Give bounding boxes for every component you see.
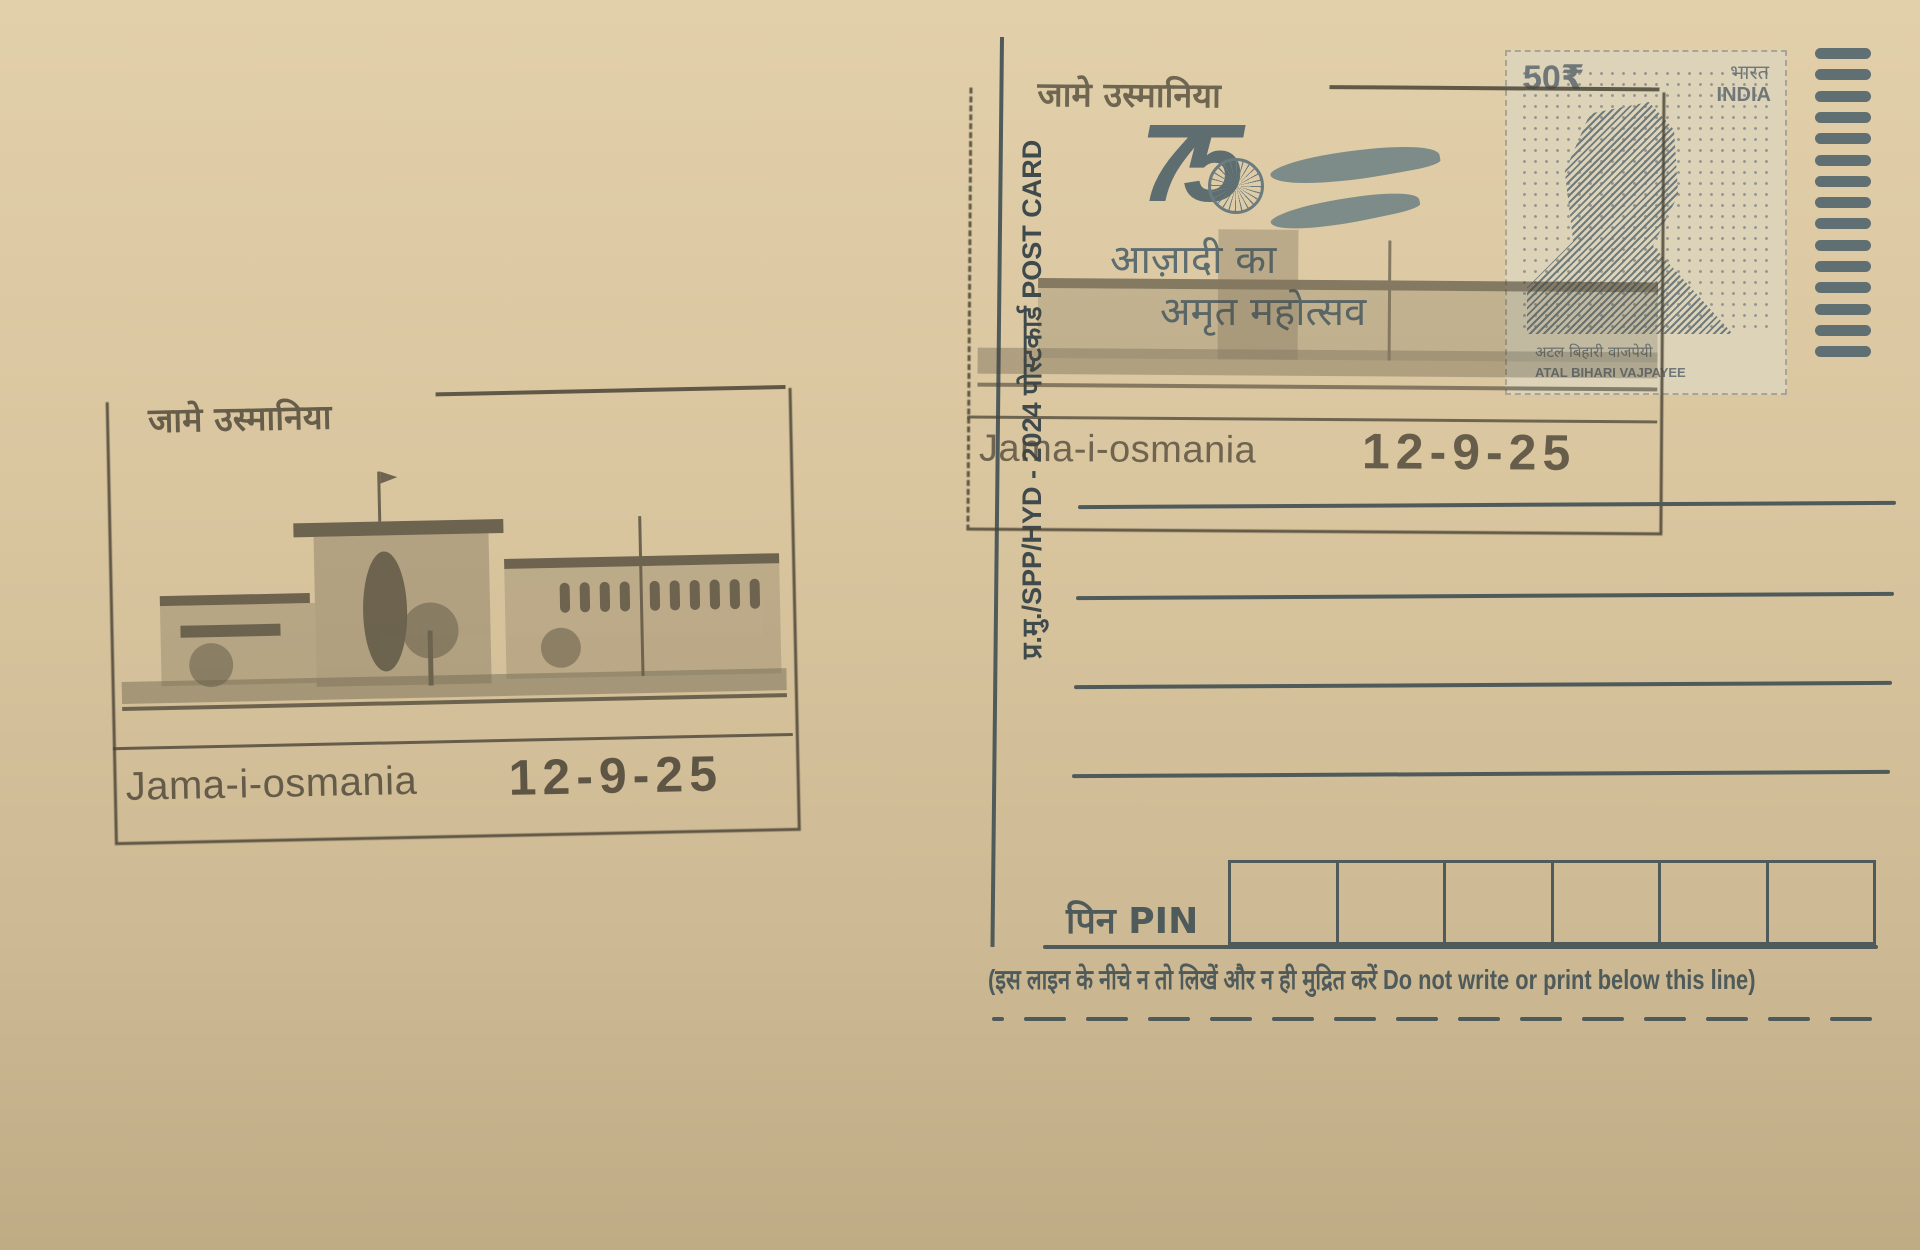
building-illustration — [977, 198, 1658, 403]
side-bar-mark — [1815, 304, 1871, 315]
pictorial-postmark-right: जामे उस्मानिया Jama-i-osmania 12-9-25 — [966, 68, 1669, 533]
side-bar-mark — [1815, 155, 1871, 166]
stamp-country-hindi: भारत — [1730, 58, 1769, 85]
address-line[interactable] — [1072, 770, 1890, 778]
dash-segment — [1334, 1017, 1376, 1021]
dash-segment — [1582, 1017, 1624, 1021]
postmark-date: 12-9-25 — [1362, 422, 1577, 481]
side-bar-mark — [1815, 240, 1871, 251]
postmark-place: Jama-i-osmania — [125, 759, 417, 810]
pictorial-postmark-left: जामे उस्मानिया — [105, 363, 805, 847]
side-bar-mark — [1815, 197, 1871, 208]
pin-digit-box[interactable] — [1769, 860, 1877, 945]
building-illustration — [117, 453, 787, 717]
side-bar-mark — [1815, 69, 1871, 80]
pin-digit-box[interactable] — [1228, 860, 1339, 945]
postmark-place: Jama-i-osmania — [979, 428, 1257, 473]
side-bar-mark — [1815, 133, 1871, 144]
dash-segment — [1210, 1017, 1252, 1021]
postmark-title-hindi: जामे उस्मानिया — [1037, 70, 1221, 117]
side-bar-mark — [1815, 112, 1871, 123]
side-bar-mark — [1815, 218, 1871, 229]
dash-segment — [1024, 1017, 1066, 1021]
side-bar-mark — [1815, 282, 1871, 293]
address-line[interactable] — [1076, 592, 1894, 600]
dash-segment — [992, 1017, 1004, 1021]
dash-segment — [1272, 1017, 1314, 1021]
address-line[interactable] — [1074, 681, 1892, 689]
pin-digit-box[interactable] — [1554, 860, 1662, 945]
pin-digit-box[interactable] — [1661, 860, 1769, 945]
side-bar-mark — [1815, 325, 1871, 336]
dash-segment — [1148, 1017, 1190, 1021]
pin-baseline — [1043, 945, 1878, 949]
postmark-date: 12-9-25 — [508, 744, 724, 806]
side-bar-mark — [1815, 176, 1871, 187]
dash-segment — [1458, 1017, 1500, 1021]
side-bar-mark — [1815, 261, 1871, 272]
do-not-write-dashed-line — [992, 1015, 1872, 1023]
side-bar-mark — [1815, 91, 1871, 102]
postmark-title-hindi: जामे उस्मानिया — [148, 393, 332, 443]
dash-segment — [1086, 1017, 1128, 1021]
dash-segment — [1830, 1017, 1872, 1021]
dash-segment — [1520, 1017, 1562, 1021]
stamp-country-english: INDIA — [1717, 84, 1771, 107]
dash-segment — [1644, 1017, 1686, 1021]
footer-notice: (इस लाइन के नीचे न तो लिखें और न ही मुद्… — [988, 960, 1755, 998]
side-bar-marks — [1815, 48, 1875, 368]
pin-code-boxes[interactable] — [1228, 860, 1876, 945]
side-bar-mark — [1815, 346, 1871, 357]
dash-segment — [1768, 1017, 1810, 1021]
pin-digit-box[interactable] — [1339, 860, 1447, 945]
dash-segment — [1706, 1017, 1748, 1021]
side-bar-mark — [1815, 48, 1871, 59]
pin-label: पिन PIN — [1066, 895, 1198, 944]
pin-digit-box[interactable] — [1446, 860, 1554, 945]
dash-segment — [1396, 1017, 1438, 1021]
